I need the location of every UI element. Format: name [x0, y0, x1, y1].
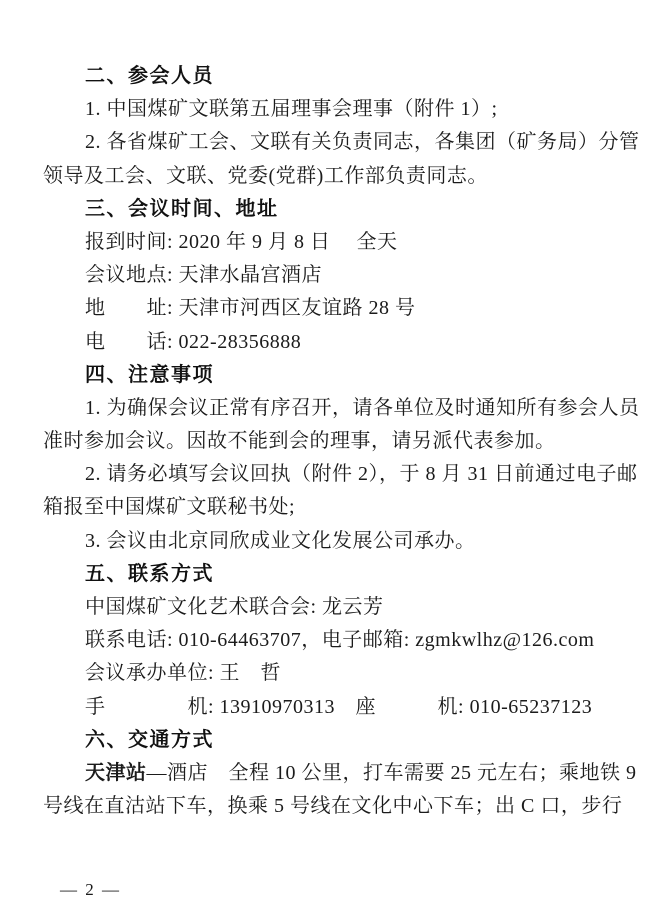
- text-line: 联系电话: 010-64463707，电子邮箱: zgmkwlhz@126.co…: [43, 624, 620, 657]
- text-run: 2. 请务必填写会议回执（附件 2），于 8 月 31 日前通过电子邮: [85, 463, 638, 485]
- text-run: 3. 会议由北京同欣成业文化发展公司承办。: [85, 530, 476, 552]
- text-line: 会议承办单位: 王 哲: [43, 657, 620, 690]
- text-run: 手 机: 13910970313 座 机: 010-65237123: [85, 696, 592, 718]
- text-line: 中国煤矿文化艺术联合会: 龙云芳: [43, 591, 620, 624]
- text-line: 1. 为确保会议正常有序召开，请各单位及时通知所有参会人员: [43, 392, 620, 425]
- text-run: 领导及工会、文联、党委(党群)工作部负责同志。: [43, 165, 488, 187]
- section-heading: 二、参会人员: [43, 60, 620, 93]
- text-line: 号线在直沽站下车，换乘 5 号线在文化中心下车；出 C 口，步行: [43, 790, 620, 823]
- text-run: 会议地点: 天津水晶宫酒店: [85, 264, 322, 286]
- text-run: 会议承办单位: 王 哲: [85, 662, 281, 684]
- text-run: 准时参加会议。因故不能到会的理事，请另派代表参加。: [43, 430, 556, 452]
- text-run: —酒店 全程 10 公里，打车需要 25 元左右；乘地铁 9: [147, 762, 637, 784]
- text-line: 准时参加会议。因故不能到会的理事，请另派代表参加。: [43, 425, 620, 458]
- text-run: 报到时间: 2020 年 9 月 8 日 全天: [85, 231, 398, 253]
- text-line: 手 机: 13910970313 座 机: 010-65237123: [43, 691, 620, 724]
- section-heading: 五、联系方式: [43, 558, 620, 591]
- text-run: 1. 中国煤矿文联第五届理事会理事（附件 1）;: [85, 98, 498, 120]
- text-run: 地 址: 天津市河西区友谊路 28 号: [85, 297, 416, 319]
- section-heading: 六、交通方式: [43, 724, 620, 757]
- section-heading: 四、注意事项: [43, 359, 620, 392]
- text-line: 报到时间: 2020 年 9 月 8 日 全天: [43, 226, 620, 259]
- text-line: 会议地点: 天津水晶宫酒店: [43, 259, 620, 292]
- text-line: 地 址: 天津市河西区友谊路 28 号: [43, 292, 620, 325]
- section-heading: 三、会议时间、地址: [43, 193, 620, 226]
- text-line: 1. 中国煤矿文联第五届理事会理事（附件 1）;: [43, 93, 620, 126]
- text-line: 2. 各省煤矿工会、文联有关负责同志，各集团（矿务局）分管: [43, 126, 620, 159]
- text-run: 箱报至中国煤矿文联秘书处;: [43, 496, 295, 518]
- text-run: 号线在直沽站下车，换乘 5 号线在文化中心下车；出 C 口，步行: [43, 795, 622, 817]
- text-line: 3. 会议由北京同欣成业文化发展公司承办。: [43, 525, 620, 558]
- text-line: 电 话: 022-28356888: [43, 326, 620, 359]
- text-run: 中国煤矿文化艺术联合会: 龙云芳: [85, 596, 384, 618]
- text-run: 联系电话: 010-64463707，电子邮箱: zgmkwlhz@126.co…: [85, 629, 594, 651]
- text-run: 电 话: 022-28356888: [85, 331, 301, 353]
- text-run: 1. 为确保会议正常有序召开，请各单位及时通知所有参会人员: [85, 397, 640, 419]
- bold-text-run: 天津站: [85, 762, 147, 784]
- text-line: 箱报至中国煤矿文联秘书处;: [43, 491, 620, 524]
- page-number: — 2 —: [60, 880, 121, 900]
- text-run: 2. 各省煤矿工会、文联有关负责同志，各集团（矿务局）分管: [85, 131, 640, 153]
- document-page: 二、参会人员1. 中国煤矿文联第五届理事会理事（附件 1）;2. 各省煤矿工会、…: [0, 0, 650, 921]
- text-line: 领导及工会、文联、党委(党群)工作部负责同志。: [43, 160, 620, 193]
- text-line: 天津站—酒店 全程 10 公里，打车需要 25 元左右；乘地铁 9: [43, 757, 620, 790]
- text-line: 2. 请务必填写会议回执（附件 2），于 8 月 31 日前通过电子邮: [43, 458, 620, 491]
- document-body: 二、参会人员1. 中国煤矿文联第五届理事会理事（附件 1）;2. 各省煤矿工会、…: [43, 60, 620, 823]
